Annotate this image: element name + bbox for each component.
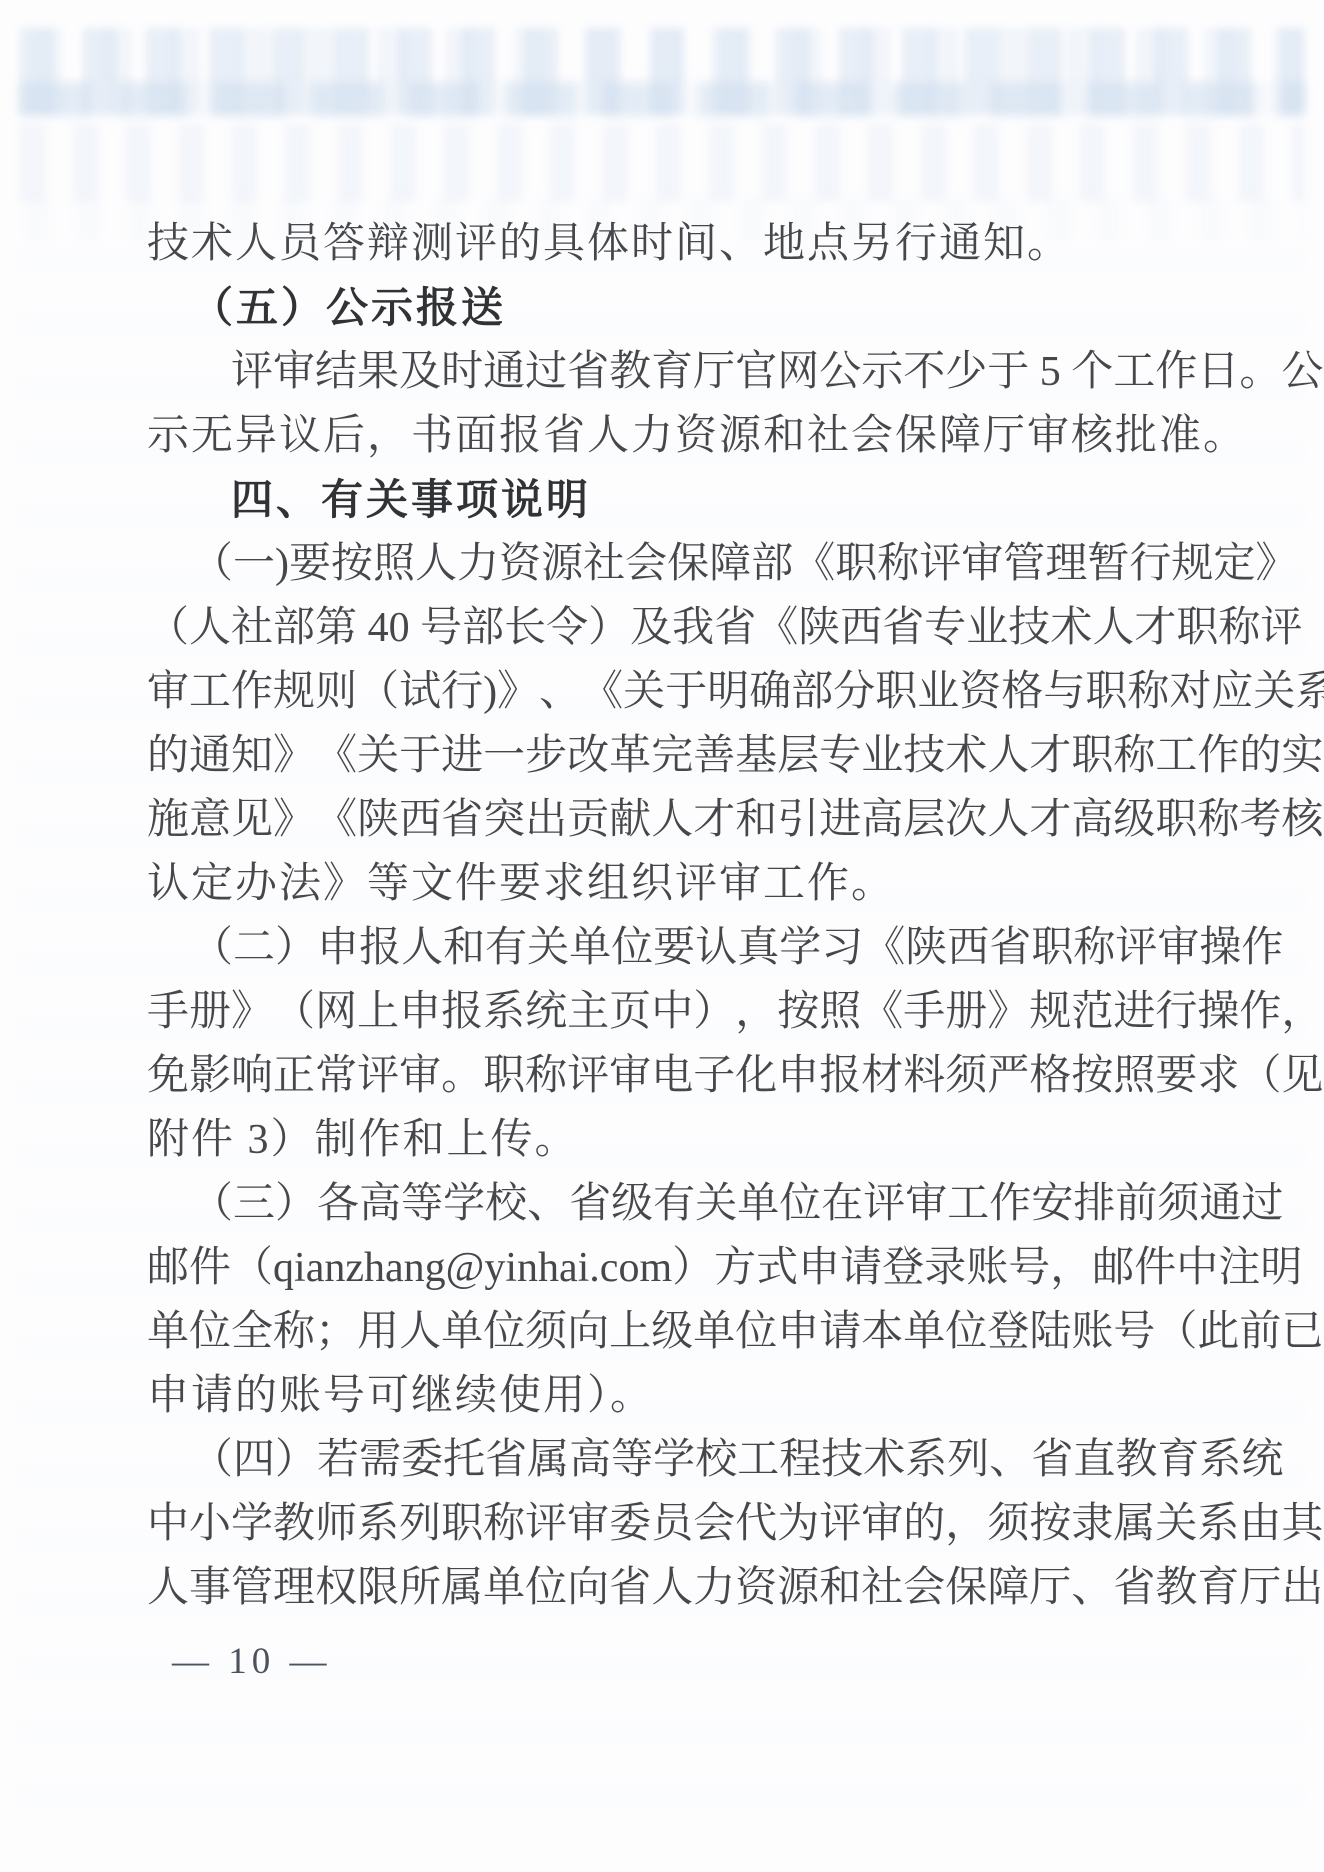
text-line: 手册》（网上申报系统主页中），按照《手册》规范进行操作，以 bbox=[147, 980, 1177, 1044]
page-number: — 10 — bbox=[172, 1640, 332, 1683]
text-line: 人事管理权限所属单位向省人力资源和社会保障厅、省教育厅出 bbox=[147, 1556, 1177, 1620]
text-line: （人社部第 40 号部长令）及我省《陕西省专业技术人才职称评 bbox=[147, 596, 1177, 660]
document-page-body: 技术人员答辩测评的具体时间、地点另行通知。 （五）公示报送 评审结果及时通过省教… bbox=[147, 212, 1177, 1620]
text-line-email: 邮件（qianzhang@yinhai.com）方式申请登录账号，邮件中注明 bbox=[147, 1236, 1177, 1300]
text-line: 评审结果及时通过省教育厅官网公示不少于 5 个工作日。公 bbox=[147, 340, 1177, 404]
text-line: 附件 3）制作和上传。 bbox=[147, 1108, 1177, 1172]
section-heading: 四、有关事项说明 bbox=[147, 468, 1177, 532]
bleedthrough-artifact-top bbox=[20, 28, 1304, 114]
text-line: 技术人员答辩测评的具体时间、地点另行通知。 bbox=[147, 212, 1177, 276]
text-line: 免影响正常评审。职称评审电子化申报材料须严格按照要求（见 bbox=[147, 1044, 1177, 1108]
text-line: 的通知》《关于进一步改革完善基层专业技术人才职称工作的实 bbox=[147, 724, 1177, 788]
text-line: （三）各高等学校、省级有关单位在评审工作安排前须通过 bbox=[147, 1172, 1177, 1236]
section-heading: （五）公示报送 bbox=[147, 276, 1177, 340]
text-line: （一)要按照人力资源社会保障部《职称评审管理暂行规定》 bbox=[147, 532, 1177, 596]
text-line: 审工作规则（试行)》、《关于明确部分职业资格与职称对应关系 bbox=[147, 660, 1177, 724]
text-line: 施意见》《陕西省突出贡献人才和引进高层次人才高级职称考核 bbox=[147, 788, 1177, 852]
bleedthrough-artifact-band bbox=[20, 82, 1304, 116]
text-line: 申请的账号可继续使用）。 bbox=[147, 1364, 1177, 1428]
text-line: （四）若需委托省属高等学校工程技术系列、省直教育系统 bbox=[147, 1428, 1177, 1492]
text-line: 单位全称；用人单位须向上级单位申请本单位登陆账号（此前已 bbox=[147, 1300, 1177, 1364]
bleedthrough-artifact-mid bbox=[20, 124, 1304, 202]
text-line: 示无异议后，书面报省人力资源和社会保障厅审核批准。 bbox=[147, 404, 1177, 468]
text-line: 认定办法》等文件要求组织评审工作。 bbox=[147, 852, 1177, 916]
text-line: （二）申报人和有关单位要认真学习《陕西省职称评审操作 bbox=[147, 916, 1177, 980]
text-line: 中小学教师系列职称评审委员会代为评审的，须按隶属关系由其 bbox=[147, 1492, 1177, 1556]
